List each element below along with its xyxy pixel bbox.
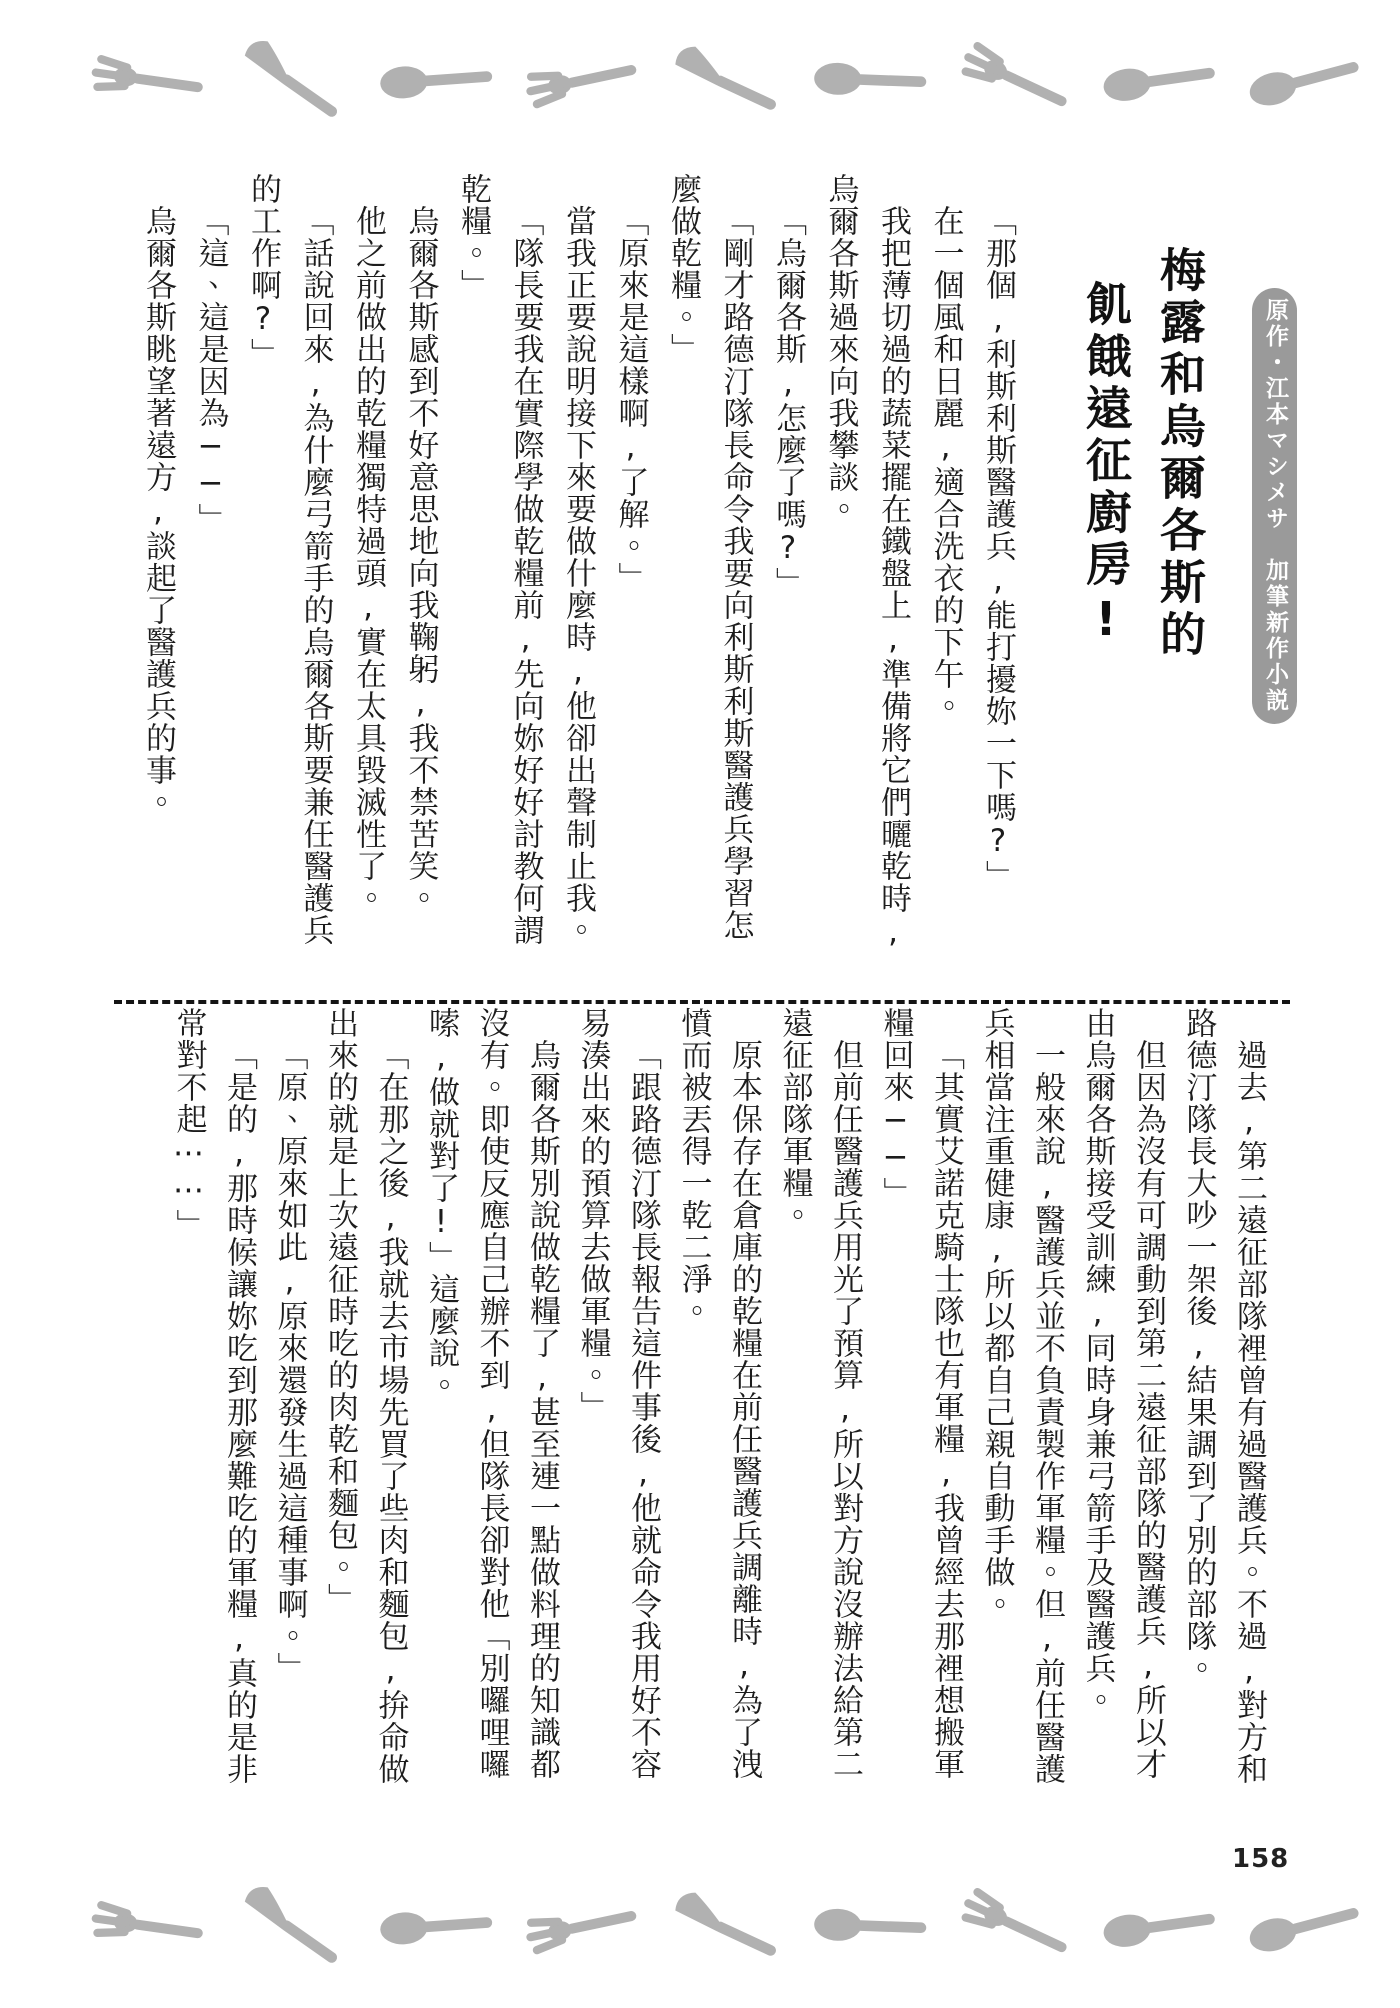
- text-column: 易湊出來的預算去做軍糧。」: [567, 1007, 618, 1819]
- spoon-icon: [1100, 48, 1224, 112]
- text-column: 當我正要說明接下來要做什麼時,他卻出聲制止我。: [552, 173, 605, 953]
- story-title: 梅露和烏爾各斯的 飢餓遠征廚房!: [1069, 246, 1217, 716]
- text-column: 「原來是這樣啊,了解。」: [604, 173, 657, 953]
- series-banner-label: 原作・江本マシメサ 加筆新作小説: [1252, 298, 1297, 714]
- top-passage-text: 「那個,利斯利斯醫護兵,能打擾妳一下嗎?」在一個風和日麗,適合洗衣的下午。我把薄…: [122, 173, 1024, 953]
- text-column: 「這、這是因為──」: [184, 173, 237, 953]
- text-column: 「烏爾各斯,怎麼了嗎?」: [762, 173, 815, 953]
- text-column: 由烏爾各斯接受訓練,同時身兼弓箭手及醫護兵。: [1072, 1007, 1123, 1819]
- knife-icon: [232, 1872, 356, 1979]
- section-divider: [114, 1000, 1290, 1004]
- spoon-icon: [378, 52, 499, 108]
- text-column: 我把薄切過的蔬菜擺在鐵盤上,準備將它們曬乾時,: [867, 173, 920, 953]
- bottom-passage-text: 過去,第二遠征部隊裡曾有過醫護兵。不過,對方和路德汀隊長大吵一架後,結果調到了別…: [154, 1007, 1274, 1819]
- text-column: 乾糧。」: [447, 173, 500, 953]
- text-column: 「跟路德汀隊長報告這件事後,他就命令我用好不容: [618, 1007, 669, 1819]
- text-column: 過去,第二遠征部隊裡曾有過醫護兵。不過,對方和: [1224, 1007, 1275, 1819]
- text-column: 烏爾各斯過來向我攀談。: [814, 173, 867, 953]
- text-column: 路德汀隊長大吵一架後,結果調到了別的部隊。: [1173, 1007, 1224, 1819]
- text-column: 「隊長要我在實際學做乾糧前,先向妳好好討教何謂: [499, 173, 552, 953]
- fork-icon: [953, 1879, 1080, 1972]
- text-column: 兵相當注重健康,所以都自己親自動手做。: [971, 1007, 1022, 1819]
- text-column: 「是的,那時候讓妳吃到那麼難吃的軍糧,真的是非: [214, 1007, 265, 1819]
- story-title-line1: 梅露和烏爾各斯的: [1143, 246, 1217, 716]
- text-column: 他之前做出的乾糧獨特過頭,實在太具毀滅性了。: [342, 173, 395, 953]
- knife-icon: [232, 26, 356, 133]
- text-column: 烏爾各斯別說做乾糧了,甚至連一點做料理的知識都: [517, 1007, 568, 1819]
- text-column: 但因為沒有可調動到第二遠征部隊的醫護兵,所以才: [1123, 1007, 1174, 1819]
- text-column: 原本保存在倉庫的乾糧在前任醫護兵調離時,為了洩: [719, 1007, 770, 1819]
- series-banner: 原作・江本マシメサ 加筆新作小説: [1252, 288, 1297, 724]
- text-column: 「原、原來如此,原來還發生過這種事啊。」: [264, 1007, 315, 1819]
- text-column: 「那個,利斯利斯醫護兵,能打擾妳一下嗎?」: [972, 173, 1025, 953]
- text-column: 憤而被丟得一乾二淨。: [668, 1007, 719, 1819]
- spoon-icon: [1100, 1894, 1224, 1958]
- page-number: 158: [1232, 1844, 1289, 1874]
- text-column: 沒有。即使反應自己辦不到,但隊長卻對他「別囉哩囉: [466, 1007, 517, 1819]
- text-column: 的工作啊?」: [237, 173, 290, 953]
- fork-icon: [520, 1890, 645, 1961]
- spoon-icon: [1243, 42, 1369, 119]
- top-cutlery-border: [90, 50, 1365, 110]
- text-column: 在一個風和日麗,適合洗衣的下午。: [919, 173, 972, 953]
- book-page: 原作・江本マシメサ 加筆新作小説 梅露和烏爾各斯的 飢餓遠征廚房! 「那個,利斯…: [0, 0, 1400, 2008]
- text-column: 烏爾各斯感到不好意思地向我鞠躬,我不禁苦笑。: [394, 173, 447, 953]
- text-column: 出來的就是上次遠征時吃的肉乾和麵包。」: [315, 1007, 366, 1819]
- spoon-icon: [812, 1900, 932, 1952]
- spoon-icon: [1243, 1888, 1369, 1965]
- story-title-line2: 飢餓遠征廚房!: [1069, 246, 1143, 716]
- knife-icon: [664, 33, 791, 126]
- fork-icon: [520, 44, 645, 115]
- spoon-icon: [812, 54, 932, 106]
- spoon-icon: [378, 1898, 499, 1954]
- knife-icon: [664, 1879, 791, 1972]
- text-column: 「剛才路德汀隊長命令我要向利斯利斯醫護兵學習怎: [709, 173, 762, 953]
- text-column: 烏爾各斯眺望著遠方,談起了醫護兵的事。: [132, 173, 185, 953]
- text-column: 嗦,做就對了!」這麼說。: [416, 1007, 467, 1819]
- fork-icon: [953, 33, 1080, 126]
- text-column: 「話說回來,為什麼弓箭手的烏爾各斯要兼任醫護兵: [289, 173, 342, 953]
- text-column: 常對不起⋯⋯」: [163, 1007, 214, 1819]
- text-column: 糧回來──」: [870, 1007, 921, 1819]
- text-column: 「其實艾諾克騎士隊也有軍糧,我曾經去那裡想搬軍: [921, 1007, 972, 1819]
- text-column: 一般來說,醫護兵並不負責製作軍糧。但,前任醫護: [1022, 1007, 1073, 1819]
- text-column: 「在那之後,我就去市場先買了些肉和麵包,拚命做: [365, 1007, 416, 1819]
- fork-icon: [87, 48, 211, 112]
- text-column: 遠征部隊軍糧。: [769, 1007, 820, 1819]
- bottom-cutlery-border: [90, 1896, 1365, 1956]
- fork-icon: [87, 1894, 211, 1958]
- text-column: 麼做乾糧。」: [657, 173, 710, 953]
- text-column: 但前任醫護兵用光了預算,所以對方說沒辦法給第二: [820, 1007, 871, 1819]
